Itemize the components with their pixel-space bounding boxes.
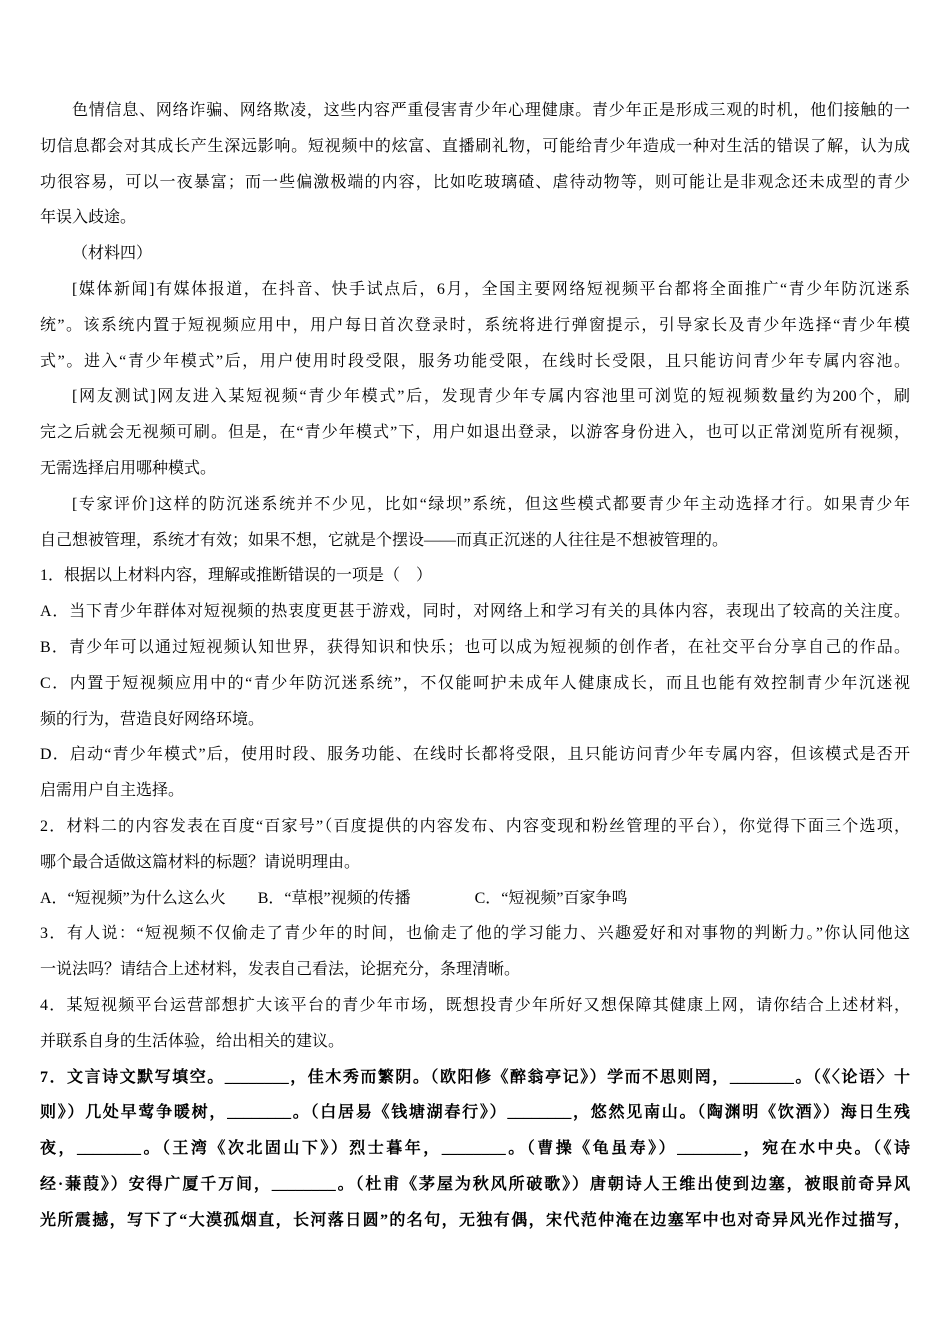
question-3: 3．有人说：“短视频不仅偷走了青少年的时间，也偷走了他的学习能力、兴趣爱好和对事… [40,916,910,988]
question-1-option-c: C．内置于短视频应用中的“青少年防沉迷系统”，不仅能呵护未成年人健康成长，而且也… [40,666,910,702]
material-four-label: （材料四） [40,236,910,272]
text-line: 光所震撼，写下了“大漠孤烟直，长河落日圆”的名句，无独有偶，宋代范仲淹在边塞军中… [40,1203,910,1239]
question-7-dictation: 7．文言诗文默写填空。________，佳木秀而繁阴。（欧阳修《醉翁亭记》）学而… [40,1060,910,1239]
question-1: 1．根据以上材料内容，理解或推断错误的一项是（ ） A．当下青少年群体对短视频的… [40,558,910,809]
text-line: 式”。进入“青少年模式”后，用户使用时段受限，服务功能受限，在线时长受限，且只能… [40,344,910,380]
text-line: 则》）几处早莺争暖树，________。（白居易《钱塘湖春行》）________… [40,1095,910,1131]
text-line: 完之后就会无视频可刷。但是，在“青少年模式”下，用户如退出登录，以游客身份进入，… [40,415,910,451]
expert-review-paragraph: [专家评价]这样的防沉迷系统并不少见，比如“绿坝”系统，但这些模式都要青少年主动… [40,487,910,559]
text-line: 色情信息、网络诈骗、网络欺凌，这些内容严重侵害青少年心理健康。青少年正是形成三观… [40,93,910,129]
question-2-stem-continued: 哪个最合适做这篇材料的标题？请说明理由。 [40,845,910,881]
question-3-stem-continued: 一说法吗？请结合上述材料，发表自己看法，论据充分，条理清晰。 [40,952,910,988]
question-1-stem: 1．根据以上材料内容，理解或推断错误的一项是（ ） [40,558,910,594]
question-4-stem-continued: 并联系自身的生活体验，给出相关的建议。 [40,1024,910,1060]
text-line: 统”。该系统内置于短视频应用中，用户每日首次登录时，系统将进行弹窗提示，引导家长… [40,308,910,344]
question-4: 4．某短视频平台运营部想扩大该平台的青少年市场，既想投青少年所好又想保障其健康上… [40,988,910,1060]
text-line: 自己想被管理，系统才有效；如果不想，它就是个摆设——而真正沉迷的人往往是不想被管… [40,523,910,559]
question-1-option-d-continued: 启需用户自主选择。 [40,773,910,809]
text-line: 功很容易，可以一夜暴富；而一些偏激极端的内容，比如吃玻璃碴、虐待动物等，则可能让… [40,165,910,201]
text-line: [网友测试]网友进入某短视频“青少年模式”后，发现青少年专属内容池里可浏览的短视… [40,379,910,415]
question-4-stem: 4．某短视频平台运营部想扩大该平台的青少年市场，既想投青少年所好又想保障其健康上… [40,988,910,1024]
material-three-paragraph: 色情信息、网络诈骗、网络欺凌，这些内容严重侵害青少年心理健康。青少年正是形成三观… [40,93,910,236]
question-2: 2．材料二的内容发表在百度“百家号”（百度提供的内容发布、内容变现和粉丝管理的平… [40,809,910,916]
text-line: 年误入歧途。 [40,200,910,236]
text-line: 切信息都会对其成长产生深远影响。短视频中的炫富、直播刷礼物，可能给青少年造成一种… [40,129,910,165]
question-2-stem: 2．材料二的内容发表在百度“百家号”（百度提供的内容发布、内容变现和粉丝管理的平… [40,809,910,845]
text-line: 无需选择启用哪种模式。 [40,451,910,487]
question-3-stem: 3．有人说：“短视频不仅偷走了青少年的时间，也偷走了他的学习能力、兴趣爱好和对事… [40,916,910,952]
question-2-options: A．“短视频”为什么这么火 B．“草根”视频的传播 C．“短视频”百家争鸣 [40,881,910,917]
netizen-test-paragraph: [网友测试]网友进入某短视频“青少年模式”后，发现青少年专属内容池里可浏览的短视… [40,379,910,486]
text-line: [专家评价]这样的防沉迷系统并不少见，比如“绿坝”系统，但这些模式都要青少年主动… [40,487,910,523]
question-1-option-d: D．启动“青少年模式”后，使用时段、服务功能、在线时长都将受限，且只能访问青少年… [40,737,910,773]
text-line: [媒体新闻]有媒体报道，在抖音、快手试点后，6月，全国主要网络短视频平台都将全面… [40,272,910,308]
question-1-option-c-continued: 频的行为，营造良好网络环境。 [40,702,910,738]
question-1-option-a: A．当下青少年群体对短视频的热衷度更甚于游戏，同时，对网络上和学习有关的具体内容… [40,594,910,630]
text-line: 7．文言诗文默写填空。________，佳木秀而繁阴。（欧阳修《醉翁亭记》）学而… [40,1060,910,1096]
media-news-paragraph: [媒体新闻]有媒体报道，在抖音、快手试点后，6月，全国主要网络短视频平台都将全面… [40,272,910,379]
question-1-option-b: B．青少年可以通过短视频认知世界，获得知识和快乐；也可以成为短视频的创作者，在社… [40,630,910,666]
text-line: 经·蒹葭》）安得广厦千万间，________。（杜甫《茅屋为秋风所破歌》）唐朝诗… [40,1167,910,1203]
exam-paper-page: 色情信息、网络诈骗、网络欺凌，这些内容严重侵害青少年心理健康。青少年正是形成三观… [0,0,950,1344]
text-line: 夜，________。（王湾《次北固山下》）烈士暮年，________。（曹操《… [40,1131,910,1167]
